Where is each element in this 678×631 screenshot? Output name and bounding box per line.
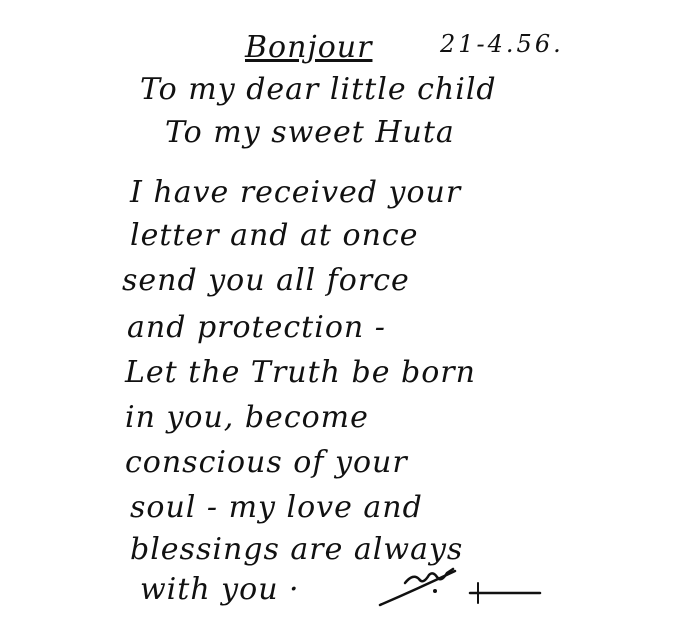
body-line: in you, become xyxy=(125,400,369,435)
salutation-line: To my dear little child xyxy=(140,72,497,107)
salutation-line: To my sweet Huta xyxy=(165,115,455,150)
body-line: I have received your xyxy=(130,175,461,210)
body-line: conscious of your xyxy=(125,445,408,480)
body-line: send you all force xyxy=(122,263,410,298)
body-line: Let the Truth be born xyxy=(125,355,476,390)
body-line: letter and at once xyxy=(130,218,418,253)
body-line: soul - my love and xyxy=(130,490,423,525)
letter-greeting: Bonjour xyxy=(245,30,372,65)
body-line: with you · xyxy=(140,572,300,607)
signature-icon xyxy=(375,565,545,610)
handwritten-letter: Bonjour 21-4.56. To my dear little child… xyxy=(0,0,678,631)
body-line: and protection - xyxy=(127,310,386,345)
letter-date: 21-4.56. xyxy=(440,30,564,58)
body-line: blessings are always xyxy=(130,532,463,567)
